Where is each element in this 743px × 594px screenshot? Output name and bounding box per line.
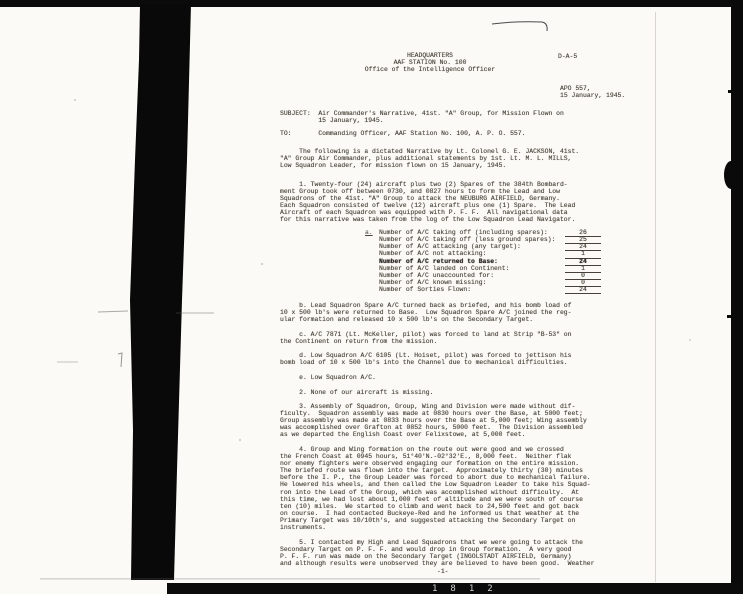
stat-label: Number of A/C known missing: <box>379 279 486 286</box>
stat-row: Number of A/C unaccounted for: 0 <box>365 272 610 279</box>
paragraph-2: 2. None of our aircraft is missing. <box>280 389 433 396</box>
letterhead: HEADQUARTERS AAF STATION No. 100 Office … <box>330 52 530 73</box>
stat-label: Number of A/C returned to Base: <box>379 258 498 265</box>
page-number: -1- <box>437 568 449 575</box>
document-reference: D-A-5 <box>558 53 577 60</box>
stat-row: Number of A/C not attacking: 1 <box>365 250 610 257</box>
paragraph-b: b. Lead Squadron Spare A/C turned back a… <box>280 302 571 323</box>
paragraph-c: c. A/C 7871 (Lt. McKeller, pilot) was fo… <box>280 331 571 345</box>
paragraph-3: 3. Assembly of Squadron, Group, Wing and… <box>280 403 587 438</box>
stat-label: Number of A/C unaccounted for: <box>379 272 494 279</box>
stat-value: 24 <box>565 286 601 294</box>
intro-paragraph: The following is a dictated Narrative by… <box>280 148 579 169</box>
scanned-document-page: HEADQUARTERS AAF STATION No. 100 Office … <box>0 0 743 594</box>
stat-row: Number of Sorties Flown: 24 <box>365 286 610 293</box>
list-marker-a: a. <box>365 229 373 236</box>
stat-label: Number of A/C landed on Continent: <box>379 265 509 272</box>
stat-row: Number of A/C landed on Continent: 1 <box>365 265 610 272</box>
subject-line: SUBJECT: Air Commander's Narrative, 41st… <box>280 110 564 124</box>
film-frame-number: 1812 <box>432 584 506 594</box>
document-text-layer: HEADQUARTERS AAF STATION No. 100 Office … <box>0 0 743 594</box>
paragraph-4: 4. Group and Wing formation on the route… <box>280 446 591 531</box>
paragraph-e: e. Low Squadron A/C. <box>280 374 376 381</box>
paragraph-d: d. Low Squadron A/C 6105 (Lt. Hoiset, pi… <box>280 352 571 366</box>
stat-label: Number of Sorties Flown: <box>379 286 471 293</box>
dateline: APO 557, 15 January, 1945. <box>560 85 625 99</box>
stat-row: Number of A/C returned to Base: 24 <box>365 258 610 265</box>
to-line: TO: Commanding Officer, AAF Station No. … <box>280 130 525 137</box>
paragraph-1: 1. Twenty-four (24) aircraft plus two (2… <box>280 181 575 224</box>
aircraft-statistics-list: a. Number of A/C taking off (including s… <box>365 229 610 293</box>
stat-label: Number of A/C not attacking: <box>379 250 486 257</box>
paragraph-5: 5. I contacted my High and Lead Squadron… <box>280 539 594 567</box>
